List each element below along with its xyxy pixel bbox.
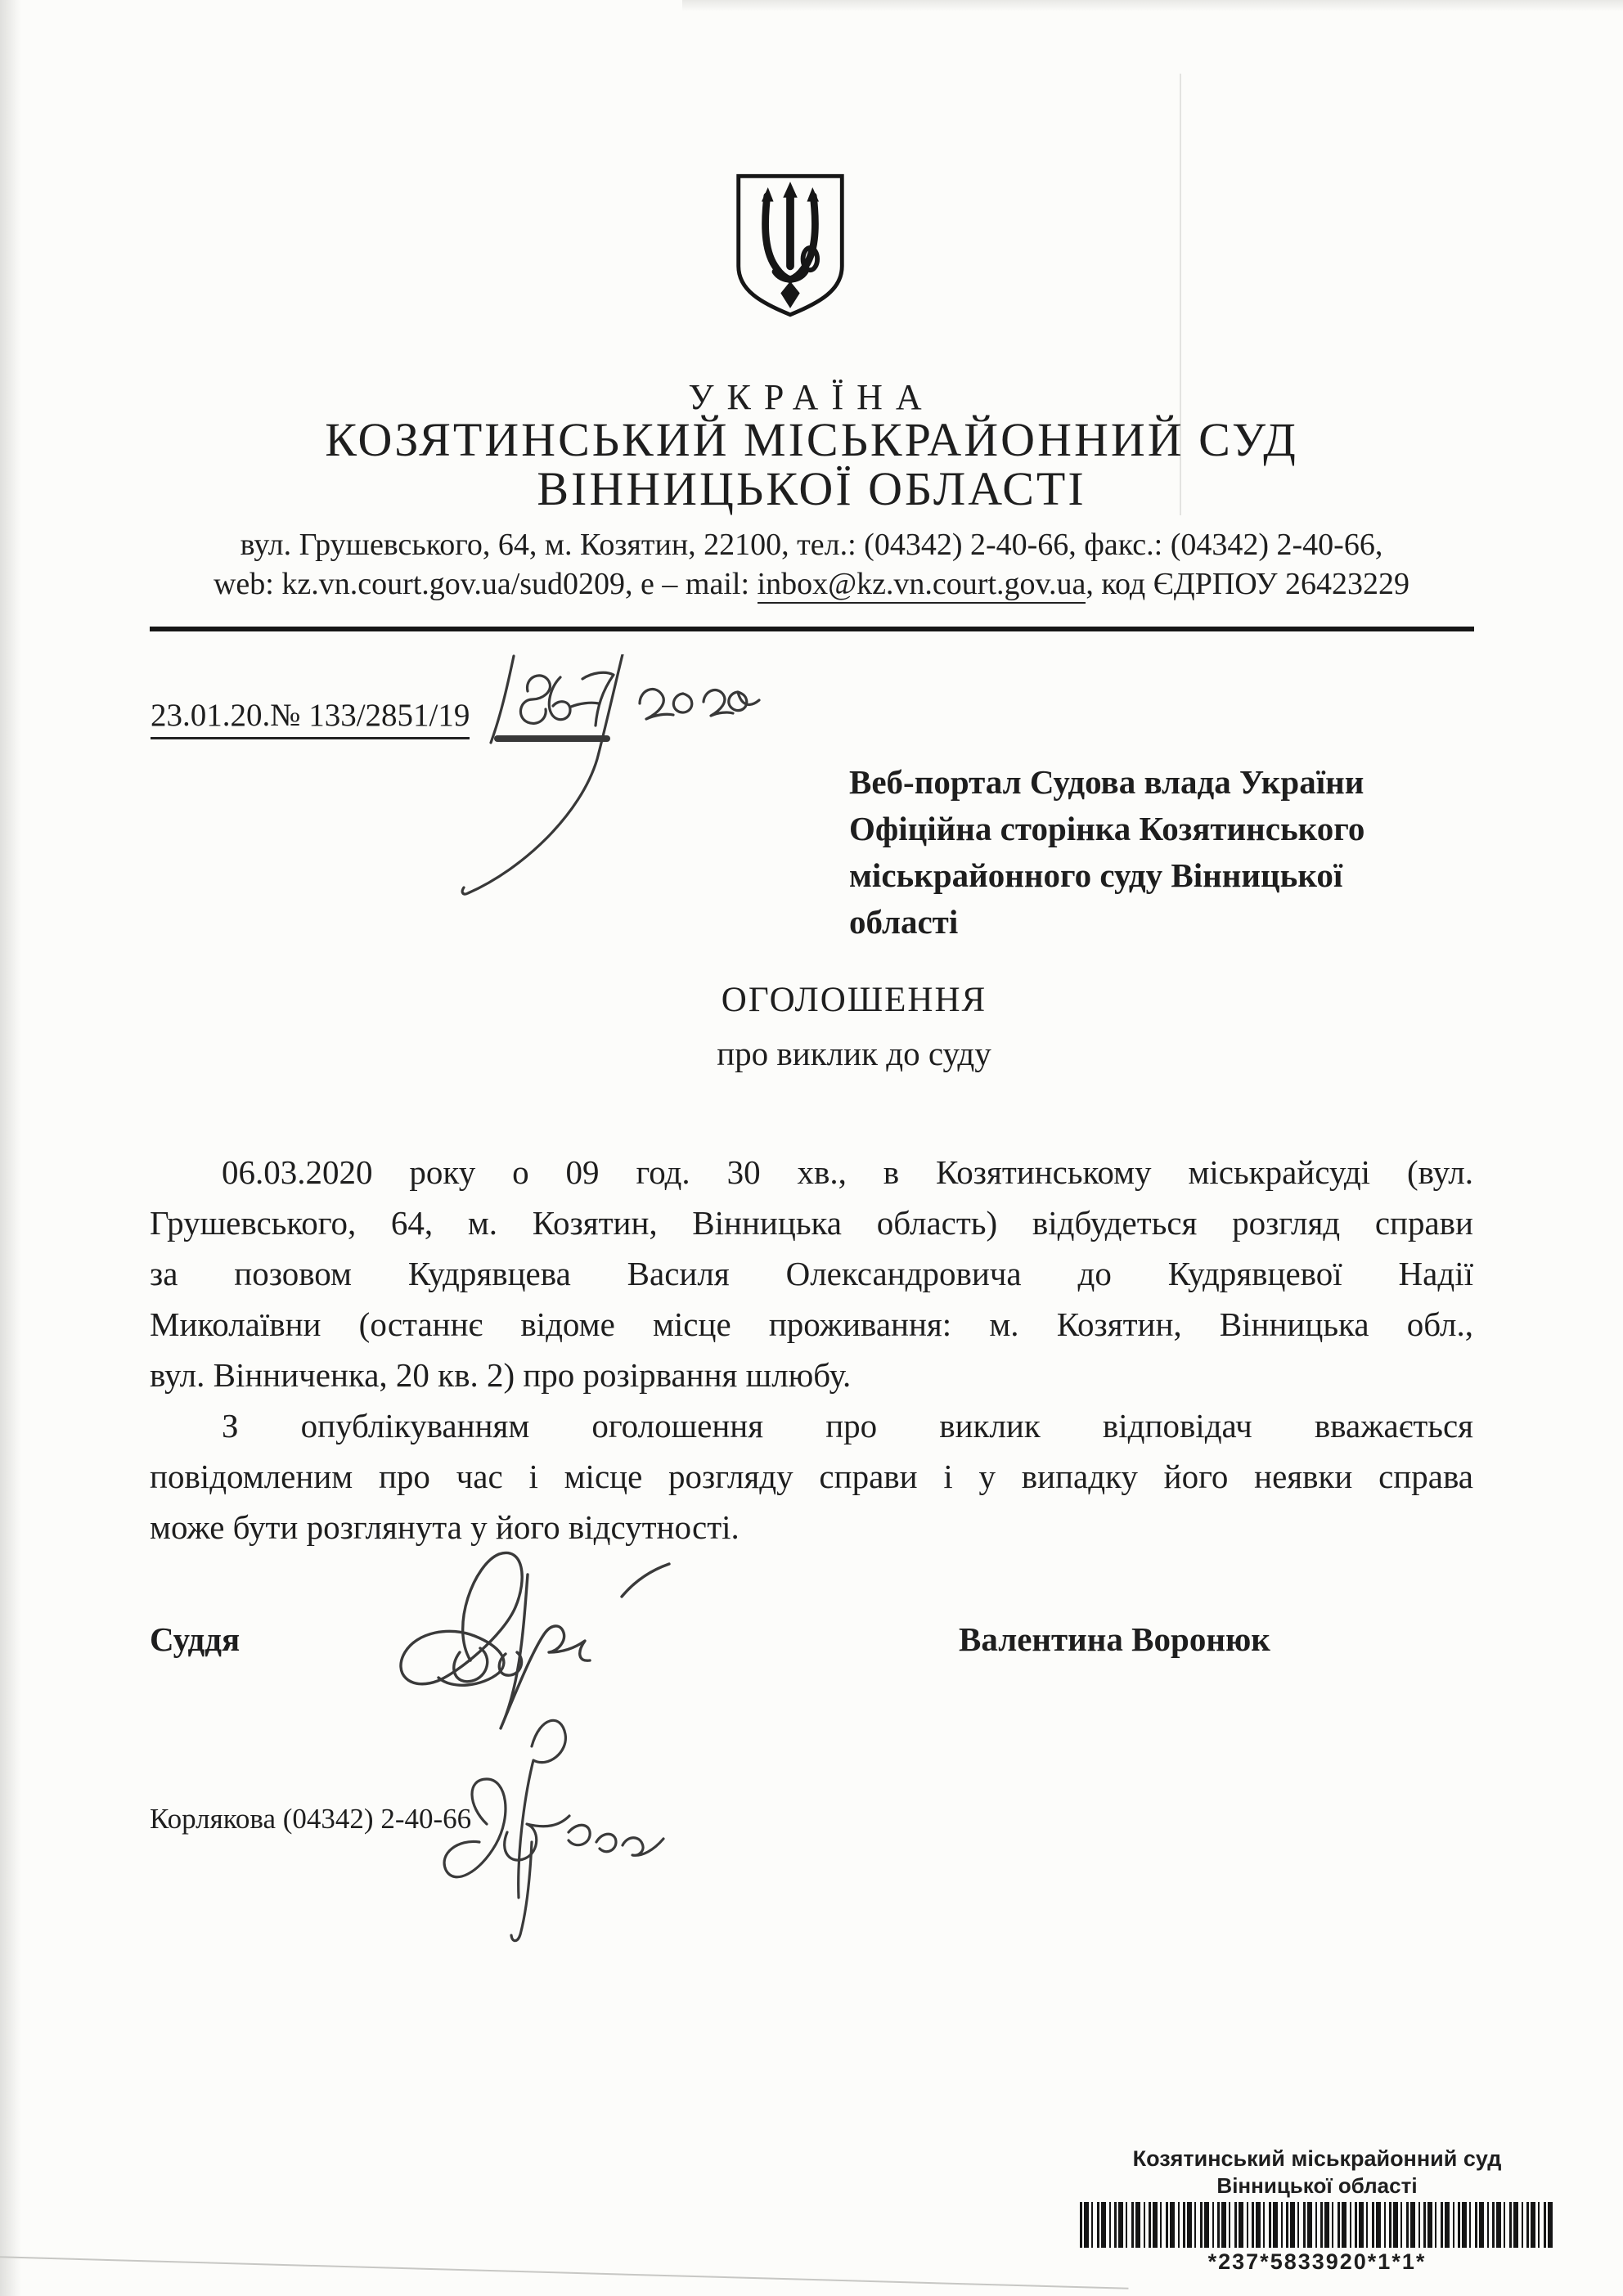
court-name-line2: ВІННИЦЬКОЇ ОБЛАСТІ <box>0 461 1623 516</box>
addressee-line: області <box>849 899 1364 946</box>
body-line: повідомленим про час і місце розгляду сп… <box>150 1451 1473 1502</box>
announcement-title: ОГОЛОШЕННЯ <box>0 980 1623 1020</box>
ukraine-trident-icon <box>731 170 850 322</box>
handwritten-registry-number <box>450 654 843 916</box>
body-line: може бути розглянута у його відсутності. <box>150 1502 1473 1552</box>
judge-role-label: Суддя <box>150 1620 240 1659</box>
body-line: З опублікуванням оголошення про виклик в… <box>150 1400 1473 1451</box>
barcode-number: *237*5833920*1*1* <box>1078 2249 1556 2275</box>
announcement-body: 06.03.2020 року о 09 год. 30 хв., в Козя… <box>150 1147 1473 1552</box>
footer-court-name-line1: Козятинський міськрайонний суд <box>1078 2146 1556 2172</box>
body-paragraph-2: З опублікуванням оголошення про виклик в… <box>150 1400 1473 1552</box>
court-address-line1: вул. Грушевського, 64, м. Козятин, 22100… <box>0 527 1623 563</box>
body-paragraph-1: 06.03.2020 року о 09 год. 30 хв., в Козя… <box>150 1147 1473 1400</box>
paper-edge-line <box>0 2256 1128 2289</box>
court-edrpou: , код ЄДРПОУ 26423229 <box>1086 567 1409 601</box>
scan-edge-shadow-top <box>682 0 1623 11</box>
addressee-line: Веб-портал Судова влада України <box>849 759 1364 806</box>
court-name-line1: КОЗЯТИНСЬКИЙ МІСЬКРАЙОННИЙ СУД <box>0 412 1623 467</box>
body-line: 06.03.2020 року о 09 год. 30 хв., в Козя… <box>150 1147 1473 1197</box>
announcement-subtitle: про виклик до суду <box>0 1034 1623 1073</box>
footer-court-name-line2: Вінницької області <box>1078 2173 1556 2199</box>
barcode <box>1080 2202 1554 2248</box>
body-line: за позовом Кудрявцева Василя Олександров… <box>150 1248 1473 1299</box>
header-divider-rule <box>150 627 1474 631</box>
clerk-signature-handwriting <box>409 1701 687 1963</box>
court-address-line2: web: kz.vn.court.gov.ua/sud0209, e – mai… <box>0 566 1623 602</box>
body-line: Грушевського, 64, м. Козятин, Вінницька … <box>150 1197 1473 1248</box>
addressee-line: міськрайонного суду Вінницької <box>849 852 1364 899</box>
judge-name: Валентина Воронюк <box>959 1620 1270 1659</box>
body-line: вул. Вінниченка, 20 кв. 2) про розірванн… <box>150 1350 1473 1400</box>
addressee-block: Веб-портал Судова влада України Офіційна… <box>849 759 1364 946</box>
document-page: { "page": { "background": "#fcfcfa", "in… <box>0 0 1623 2296</box>
addressee-line: Офіційна сторінка Козятинського <box>849 806 1364 852</box>
scan-edge-shadow-left <box>0 0 21 2296</box>
reference-number: 23.01.20.№ 133/2851/19 <box>151 697 470 734</box>
court-web-prefix: web: kz.vn.court.gov.ua/sud0209, e – mai… <box>214 567 758 601</box>
court-email: inbox@kz.vn.court.gov.ua <box>758 567 1086 604</box>
body-line: Миколаївни (останнє відоме місце прожива… <box>150 1299 1473 1350</box>
